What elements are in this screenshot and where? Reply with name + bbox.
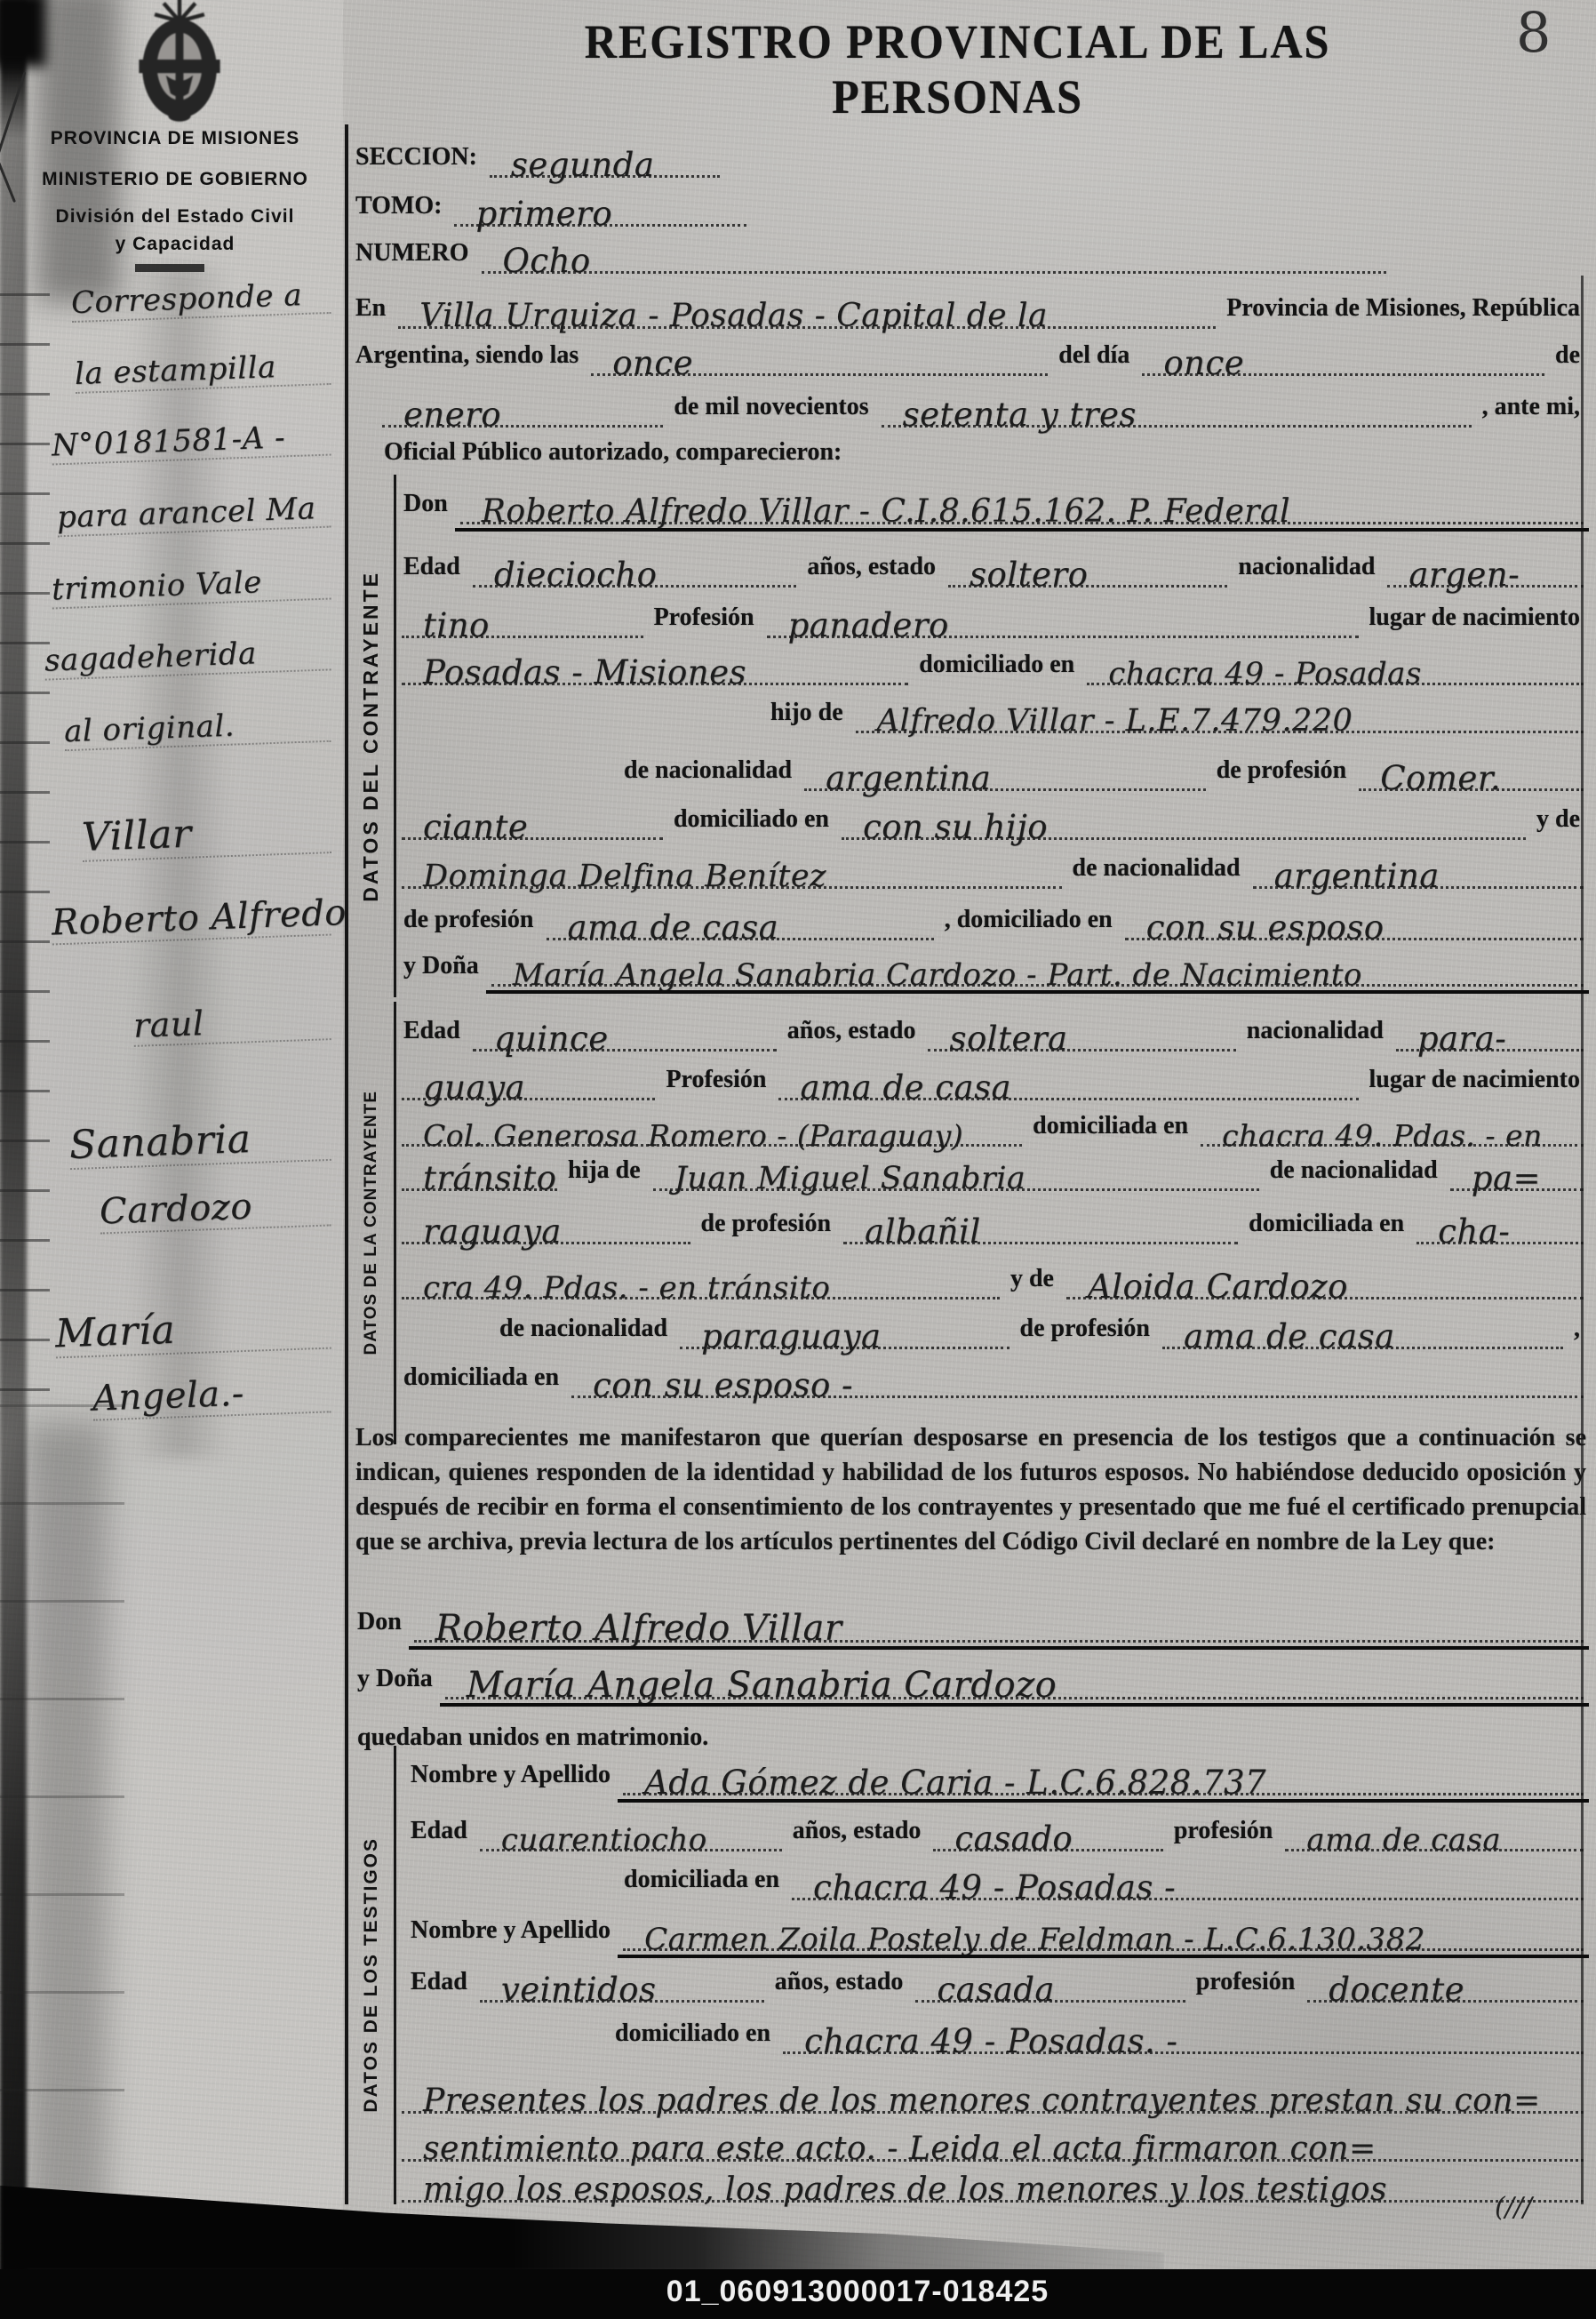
form-row: Posadas - Misionesdomiciliado enchacra 4… [402, 636, 1584, 685]
section-label-bride: DATOS DE LA CONTRAYENTE [362, 1091, 381, 1355]
margin-note: Villar [81, 806, 331, 862]
form-row: domiciliado enchacra 49 - Posadas. - [613, 2004, 1584, 2054]
handwritten-text: María Angela Sanabria Cardozo - Part. de… [491, 961, 1362, 990]
form-row: ciantedomiciliado encon su hijoy de [402, 790, 1584, 840]
form-row: domiciliada enchacra 49 - Posadas - [622, 1851, 1584, 1900]
form-entry: Ada Gómez de Caria - L.C.6.828.737 [623, 1761, 1584, 1795]
form-label: de profesión [1018, 1316, 1154, 1349]
form-entry: ama de casa [1285, 1819, 1584, 1851]
handwritten-text: chacra 49 - Posadas - [792, 1872, 1176, 1904]
form-label: Don [402, 492, 451, 524]
margin-note: María [54, 1302, 331, 1359]
form-label: de [1553, 343, 1584, 376]
form-label: del día [1057, 343, 1133, 376]
handwritten-text: chacra 49 - Posadas. - [783, 2026, 1177, 2058]
form-label: , [1572, 1316, 1584, 1349]
handwritten-text: Roberto Alfredo Villar - C.I.8.615.162. … [460, 497, 1290, 528]
handwritten-text: María Angela Sanabria Cardozo [445, 1668, 1057, 1703]
handwritten-text: Roberto Alfredo Villar [414, 1611, 842, 1646]
form-entry: con su esposo [1125, 906, 1584, 940]
form-label: domiciliada en [402, 1365, 563, 1398]
form-label: NUMERO [354, 241, 473, 274]
handwritten-text: Ocho [482, 245, 591, 277]
handwritten-text: Villar [81, 812, 192, 860]
form-label: Oficial Público autorizado, compareciero… [382, 440, 845, 473]
form-entry: soltero [948, 553, 1227, 588]
form-row: tinoProfesiónpanaderolugar de nacimiento [402, 588, 1584, 638]
handwritten-text: Ada Gómez de Caria - L.C.6.828.737 [623, 1767, 1266, 1799]
form-entry: Roberto Alfredo Villar - C.I.8.615.162. … [460, 491, 1584, 524]
form-label: de nacionalidad [622, 758, 795, 791]
letterhead-line: MINISTERIO DE GOBIERNO [21, 169, 329, 189]
form-entry: argen- [1387, 553, 1584, 588]
form-entry: quince [473, 1017, 777, 1052]
form-entry: panadero [767, 604, 1359, 638]
form-row: Presentes los padres de los menores cont… [402, 2064, 1584, 2114]
form-label: Don [355, 1610, 405, 1643]
handwritten-text: raguaya [402, 1216, 562, 1248]
handwritten-text: docente [1307, 1974, 1464, 2006]
double-rule [440, 1703, 1589, 1707]
form-entry: veintidos [480, 1968, 764, 2003]
form-entry: María Angela Sanabria Cardozo [445, 1662, 1584, 1699]
letterhead-line: División del Estado Civil [21, 206, 329, 227]
form-label: de profesión [402, 908, 538, 940]
form-entry: ama de casa [778, 1066, 1358, 1100]
form-entry: Presentes los padres de los menores cont… [402, 2080, 1584, 2114]
handwritten-text: Dominga Delfina Benítez [402, 862, 826, 892]
section-label-groom: DATOS DEL CONTRAYENTE [359, 571, 383, 902]
scanned-marriage-act: REGISTRO PROVINCIAL DE LAS PERSONAS 8 PR… [0, 0, 1596, 2319]
form-label: domiciliada en [622, 1867, 783, 1900]
form-label: SECCION: [354, 145, 481, 178]
handwritten-text: dieciocho [473, 559, 658, 591]
form-label: lugar de nacimiento [1368, 605, 1584, 638]
form-label: domiciliado en [917, 652, 1078, 685]
form-row: raguayade profesiónalbañildomiciliada en… [402, 1195, 1584, 1244]
form-label: Edad [409, 1819, 471, 1851]
form-row: Edadquinceaños, estadosolteranacionalida… [402, 1002, 1584, 1052]
margin-note: Sanabria [68, 1114, 331, 1170]
form-row: Col. Generosa Romero - (Paraguay)domicil… [402, 1097, 1584, 1147]
handwritten-text: Cardozo [99, 1187, 252, 1233]
handwritten-text: Alfredo Villar - L.E.7.479.220 [856, 707, 1353, 737]
form-label: profesión [1172, 1819, 1277, 1851]
form-row: SECCION:segunda [354, 128, 720, 178]
form-label: años, estado [786, 1019, 920, 1052]
form-label: años, estado [791, 1819, 925, 1851]
handwritten-text: Posadas - Misiones [402, 657, 746, 689]
form-label: nacionalidad [1236, 555, 1378, 588]
form-label: Profesión [664, 1068, 770, 1100]
form-row: enerode mil novecientossetenta y tres, a… [382, 378, 1584, 428]
form-entry: dieciocho [473, 553, 797, 588]
form-row: DonRoberto Alfredo Villar - C.I.8.615.16… [402, 475, 1584, 524]
form-entry: soltera [928, 1017, 1235, 1052]
form-entry: albañil [843, 1210, 1238, 1244]
page-title: REGISTRO PROVINCIAL DE LAS PERSONAS [492, 14, 1422, 124]
form-entry: argentina [804, 756, 1206, 791]
handwritten-text: soltero [948, 559, 1088, 591]
form-entry: con su esposo - [571, 1363, 1584, 1398]
form-entry: para- [1396, 1017, 1584, 1052]
form-row: Edadveintidosaños, estadocasadaprofesión… [409, 1953, 1584, 2003]
handwritten-text: albañil [843, 1216, 981, 1248]
form-entry: ama de casa [1162, 1315, 1563, 1349]
form-entry: pa= [1450, 1156, 1584, 1191]
form-entry: casado [933, 1817, 1162, 1851]
handwritten-text: cha- [1416, 1216, 1510, 1248]
handwritten-text: cra 49. Pdas. - en tránsito [402, 1274, 830, 1303]
form-row: EnVilla Urquiza - Posadas - Capital de l… [354, 279, 1584, 329]
form-row: migo los esposos, los padres de los meno… [402, 2153, 1584, 2203]
form-row: tránsitohija deJuan Miguel Sanabriade na… [402, 1141, 1584, 1191]
scan-corner-blob [0, 0, 46, 67]
declaration-paragraph: Los comparecientes me manifestaron que q… [355, 1420, 1586, 1559]
form-entry: segunda [490, 143, 720, 178]
form-entry: Posadas - Misiones [402, 651, 908, 685]
form-entry: Ocho [482, 239, 1386, 274]
form-row: de nacionalidadparaguayade profesiónama … [498, 1299, 1584, 1349]
handwritten-text: once [1142, 348, 1244, 380]
form-label: domiciliado en [613, 2021, 774, 2054]
section-label-witnesses: DATOS DE LOS TESTIGOS [361, 1837, 382, 2113]
handwritten-text: María [54, 1307, 176, 1357]
form-row: Edadcuarentiochoaños, estadocasadoprofes… [409, 1802, 1584, 1851]
form-row: hijo deAlfredo Villar - L.E.7.479.220 [769, 684, 1584, 733]
form-entry: Villa Urquiza - Posadas - Capital de la [398, 295, 1216, 329]
form-label: En [354, 296, 389, 329]
ledger-ticks [0, 293, 50, 1404]
form-row: domiciliada encon su esposo - [402, 1348, 1584, 1398]
double-rule [455, 528, 1589, 532]
form-row: NUMEROOcho [354, 224, 1386, 274]
form-label: hijo de [769, 700, 847, 733]
section-strip-bride: DATOS DE LA CONTRAYENTE [348, 1002, 396, 1444]
form-label: Edad [402, 1019, 464, 1052]
form-row: Nombre y ApellidoCarmen Zoila Postely de… [409, 1901, 1584, 1951]
form-row: y DoñaMaría Angela Sanabria Cardozo [355, 1650, 1584, 1699]
form-label: , domiciliado en [943, 908, 1116, 940]
form-row: guayaProfesiónama de casalugar de nacimi… [402, 1051, 1584, 1100]
form-label: lugar de nacimiento [1368, 1068, 1584, 1100]
handwritten-text: casada [915, 1974, 1055, 2006]
form-label: y de [1535, 807, 1584, 840]
form-entry: cra 49. Pdas. - en tránsito [402, 1267, 1000, 1299]
form-row: de nacionalidadargentinade profesiónCome… [622, 741, 1584, 791]
margin-note: Cardozo [99, 1183, 331, 1234]
form-label: Provincia de Misiones, República [1225, 296, 1584, 329]
handwritten-text: Juan Miguel Sanabria [653, 1164, 1026, 1195]
handwritten-text: pa= [1450, 1163, 1541, 1195]
form-entry: Aloida Cardozo [1066, 1265, 1584, 1299]
form-label: Edad [402, 555, 464, 588]
handwritten-text: tránsito [402, 1163, 556, 1195]
handwritten-text: migo los esposos, los padres de los meno… [402, 2175, 1387, 2206]
handwritten-text: trimonio Vale [51, 564, 262, 607]
form-entry: ama de casa [547, 906, 934, 940]
form-row: TOMO:primero [354, 177, 746, 227]
scan-id-text: 01_060913000017-018425 [533, 2275, 1182, 2308]
form-label: TOMO: [354, 194, 445, 227]
form-label: hija de [566, 1158, 644, 1191]
letterhead-line: y Capacidad [21, 234, 329, 254]
form-entry: chacra 49 - Posadas [1087, 653, 1584, 685]
form-label: domiciliada en [1247, 1211, 1408, 1244]
handwritten-text: veintidos [480, 1974, 657, 2006]
form-row: Oficial Público autorizado, compareciero… [382, 423, 1584, 473]
form-label: de nacionalidad [498, 1316, 671, 1349]
form-entry: raguaya [402, 1210, 690, 1244]
form-label: domiciliado en [672, 807, 833, 840]
form-label: Edad [409, 1970, 471, 2003]
handwritten-text: Aloida Cardozo [1066, 1271, 1348, 1303]
form-entry: Juan Miguel Sanabria [653, 1158, 1259, 1191]
double-rule [486, 990, 1589, 994]
form-label: y Doña [355, 1667, 436, 1699]
form-label: Nombre y Apellido [409, 1918, 614, 1951]
form-entry: docente [1307, 1968, 1584, 2003]
form-label: Nombre y Apellido [409, 1763, 614, 1795]
handwritten-text: Sanabria [68, 1116, 251, 1168]
ledger-ticks [0, 1404, 124, 2169]
section-strip-groom: DATOS DEL CONTRAYENTE [348, 475, 396, 997]
form-entry: argentina [1253, 854, 1584, 889]
form-entry: migo los esposos, los padres de los meno… [402, 2169, 1584, 2203]
form-entry: paraguaya [680, 1315, 1009, 1349]
form-entry: Comer. [1359, 756, 1584, 791]
form-entry: primero [454, 192, 746, 227]
form-label: de nacionalidad [1268, 1158, 1441, 1191]
pen-scribble: (/// [1495, 2192, 1532, 2223]
form-entry: tránsito [402, 1156, 557, 1191]
handwritten-text: Corresponde a [70, 277, 302, 321]
form-entry: tino [402, 604, 643, 638]
section-strip-witnesses: DATOS DE LOS TESTIGOS [348, 1746, 396, 2204]
form-label: años, estado [773, 1970, 907, 2003]
form-label: profesión [1194, 1970, 1299, 2003]
handwritten-text: al original. [63, 708, 235, 750]
form-entry: Carmen Zoila Postely de Feldman - L.C.6.… [623, 1919, 1584, 1951]
form-row: de profesiónama de casa, domiciliado enc… [402, 891, 1584, 940]
form-label: de profesión [699, 1211, 835, 1244]
form-entry: once [591, 341, 1048, 376]
form-label: y Doña [402, 954, 483, 987]
page-number: 8 [1516, 5, 1551, 60]
form-entry: chacra 49 - Posadas. - [783, 2019, 1584, 2054]
letterhead-mark [135, 264, 204, 272]
form-entry: Roberto Alfredo Villar [414, 1605, 1584, 1643]
margin-note: raul [132, 999, 331, 1047]
form-row: Argentina, siendo lasoncedel díaoncede [354, 326, 1584, 376]
handwritten-text: argentina [1253, 860, 1440, 892]
margin-note: Angela.- [92, 1370, 331, 1420]
form-entry: chacra 49 - Posadas - [792, 1866, 1584, 1900]
handwritten-text: Angela.- [92, 1373, 244, 1419]
gutter-shadow-top [37, 0, 119, 302]
form-entry: Dominga Delfina Benítez [402, 856, 1062, 889]
form-row: cra 49. Pdas. - en tránsitoy deAloida Ca… [402, 1250, 1584, 1299]
handwritten-text: con su esposo - [571, 1370, 853, 1402]
handwritten-text: sagadeherida [44, 636, 257, 678]
argentina-coat-of-arms-icon [123, 0, 236, 123]
handwritten-text: la estampilla [74, 349, 276, 392]
form-label: de nacionalidad [1071, 856, 1244, 889]
form-row: DonRoberto Alfredo Villar [355, 1593, 1584, 1643]
form-entry: Alfredo Villar - L.E.7.479.220 [856, 700, 1584, 733]
form-label: nacionalidad [1245, 1019, 1387, 1052]
handwritten-text: Carmen Zoila Postely de Feldman - L.C.6.… [623, 1925, 1425, 1955]
form-entry: con su hijo [842, 805, 1526, 840]
handwritten-text: N°0181581-A - [51, 420, 285, 463]
handwritten-text: once [591, 348, 693, 380]
handwritten-text: raul [132, 1004, 204, 1045]
form-entry: María Angela Sanabria Cardozo - Part. de… [491, 955, 1584, 987]
form-row: y DoñaMaría Angela Sanabria Cardozo - Pa… [402, 937, 1584, 987]
letterhead-line: PROVINCIA DE MISIONES [21, 128, 329, 148]
form-label: de profesión [1215, 758, 1351, 791]
form-entry: cha- [1416, 1210, 1584, 1244]
form-row: Dominga Delfina Benítezde nacionalidadar… [402, 839, 1584, 889]
form-label: años, estado [805, 555, 939, 588]
form-entry: cuarentiocho [480, 1819, 782, 1851]
form-row: Nombre y ApellidoAda Gómez de Caria - L.… [409, 1746, 1584, 1795]
form-entry: guaya [402, 1066, 655, 1100]
form-label: Argentina, siendo las [354, 343, 582, 376]
form-label: Profesión [652, 605, 758, 638]
form-entry: ciante [402, 805, 663, 840]
form-entry: casada [915, 1968, 1185, 2003]
form-row: Edaddieciochoaños, estadosolteronacional… [402, 538, 1584, 588]
form-entry: once [1142, 341, 1544, 376]
handwritten-text: argen- [1387, 559, 1520, 591]
form-label: y de [1009, 1267, 1057, 1299]
